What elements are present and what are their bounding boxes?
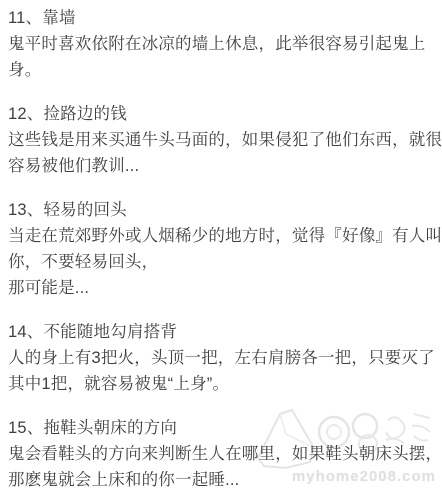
list-item-13: 13、轻易的回头 当走在荒郊野外或人烟稀少的地方时，觉得『好像』有人叫 你，不要… (8, 197, 434, 301)
superstition-list: 11、靠墙 鬼平时喜欢依附在冰凉的墙上休息，此举很容易引起鬼上 身。 12、捡路… (0, 0, 442, 491)
item-title: 12、捡路边的钱 (8, 101, 434, 127)
item-line: 人的身上有3把火，头顶一把，左右肩膀各一把，只要灭了 (8, 345, 434, 371)
item-line: 容易被他们教训... (8, 153, 434, 179)
item-title: 11、靠墙 (8, 5, 434, 31)
item-line: 其中1把，就容易被鬼“上身”。 (8, 371, 434, 397)
list-item-14: 14、不能随地勾肩搭背 人的身上有3把火，头顶一把，左右肩膀各一把，只要灭了 其… (8, 319, 434, 397)
item-line: 你，不要轻易回头， (8, 249, 434, 275)
item-title: 13、轻易的回头 (8, 197, 434, 223)
item-line: 当走在荒郊野外或人烟稀少的地方时，觉得『好像』有人叫 (8, 223, 434, 249)
list-item-15: 15、拖鞋头朝床的方向 鬼会看鞋头的方向来判断生人在哪里，如果鞋头朝床头摆， 那… (8, 415, 434, 491)
item-line: 那麽鬼就会上床和的你一起睡... (8, 467, 434, 491)
list-item-11: 11、靠墙 鬼平时喜欢依附在冰凉的墙上休息，此举很容易引起鬼上 身。 (8, 5, 434, 83)
item-line: 鬼平时喜欢依附在冰凉的墙上休息，此举很容易引起鬼上 (8, 31, 434, 57)
item-line: 鬼会看鞋头的方向来判断生人在哪里，如果鞋头朝床头摆， (8, 441, 434, 467)
list-item-12: 12、捡路边的钱 这些钱是用来买通牛头马面的，如果侵犯了他们东西，就很 容易被他… (8, 101, 434, 179)
item-line: 这些钱是用来买通牛头马面的，如果侵犯了他们东西，就很 (8, 127, 434, 153)
item-title: 14、不能随地勾肩搭背 (8, 319, 434, 345)
item-title: 15、拖鞋头朝床的方向 (8, 415, 434, 441)
item-line: 那可能是... (8, 275, 434, 301)
item-line: 身。 (8, 57, 434, 83)
document-page: myhome2008.com 11、靠墙 鬼平时喜欢依附在冰凉的墙上休息，此举很… (0, 0, 442, 491)
